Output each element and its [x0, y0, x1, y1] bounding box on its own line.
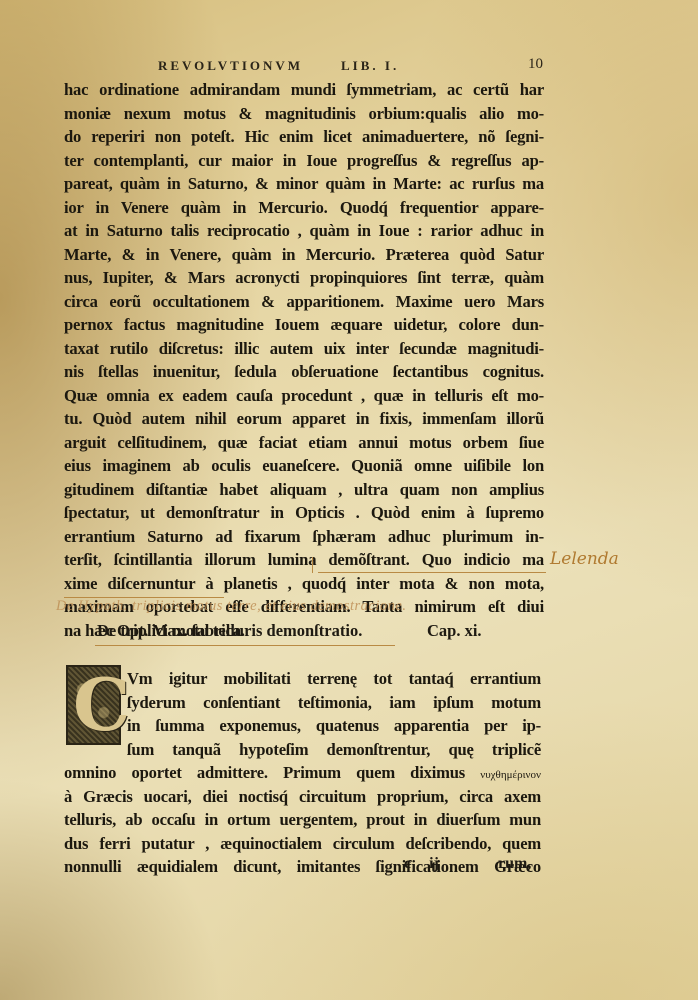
signature-numeral: ij: [429, 855, 439, 872]
chapter-heading: De triplici motu telluris demonſtratio. …: [97, 621, 517, 643]
running-head-book: LIB. I.: [341, 58, 399, 74]
text-line: pernox factus magnitudine Iouem æquare u…: [64, 313, 544, 337]
text-span: omnino oportet admittere. Primum quem di…: [64, 763, 480, 782]
text-line: ſyderum conſentiant teſtimonia, iam ipſu…: [127, 691, 541, 715]
signature-letter: c: [404, 855, 411, 872]
catchword: rum,: [498, 855, 531, 873]
initial-letter: C: [73, 665, 130, 745]
text-line: à Græcis uocari, diei noctisq́ circuitum…: [64, 785, 541, 809]
text-line: tu. Quòd autem nihil eorum apparet in fi…: [64, 407, 544, 431]
paragraph-2-indented: Vm igitur mobilitati terrenę tot tantaq́…: [127, 667, 541, 761]
text-line: ter contemplanti, cur maior in Ioue prog…: [64, 149, 544, 173]
text-line: circa eorũ occultationem & apparitionem.…: [64, 290, 544, 314]
text-line: moniæ nexum motus & magnitudinis orbium:…: [64, 102, 544, 126]
text-line: hac ordinatione admirandam mundi ſymmetr…: [64, 78, 544, 102]
greek-word: νυχθημέρινον: [480, 769, 541, 781]
text-line: telluris, ab occaſu in ortum uergentem, …: [64, 808, 541, 832]
manuscript-bracket: [312, 557, 313, 573]
marginal-note: Lelenda: [550, 549, 619, 569]
text-line: nus, Iupiter, & Mars acronycti propinqui…: [64, 266, 544, 290]
chapter-title: De triplici motu telluris demonſtratio.: [97, 621, 362, 641]
text-line: pareat, quàm in Saturno, & minor quàm in…: [64, 172, 544, 196]
text-line: do reperiri non poteſt. Hic enim licet a…: [64, 125, 544, 149]
text-line: nis ſtellas inuenitur, ſedula obſeruatio…: [64, 360, 544, 384]
text-line: Marte, & in Venere, quàm in Mercurio. Pr…: [64, 243, 544, 267]
handwritten-heading: De Hypoth. triplicis motus terre, et eiu…: [56, 598, 521, 615]
text-line: dus ferri putatur , æquinoctialem circul…: [64, 832, 541, 856]
text-line: at in Saturno talis reciprocatio , quàm …: [64, 219, 544, 243]
text-line: taxat rutilo diſcretus: illic autem uix …: [64, 337, 544, 361]
text-line: xime diſcernuntur à planetis , quodq́ in…: [64, 572, 544, 596]
running-head-title: REVOLVTIONVM: [158, 58, 303, 74]
text-line: errantium Saturno ad fixarum ſphæram adh…: [64, 525, 544, 549]
signature-mark: cij: [404, 855, 439, 873]
chapter-number: Cap. xi.: [427, 621, 482, 641]
text-line: Quæ omnia ex eadem cauſa procedunt , quæ…: [64, 384, 544, 408]
text-line: ſpectatur, ut demonſtratur in Opticis . …: [64, 501, 544, 525]
text-line: eius imaginem ab oculis euaneſcere. Quon…: [64, 454, 544, 478]
text-line: nonnulli æquidialem dicunt, imitantes ſi…: [64, 855, 541, 879]
text-line: ſum tanquã hypoteſim demonſtrentur, quę …: [127, 738, 541, 762]
text-line: Vm igitur mobilitati terrenę tot tantaq́…: [127, 667, 541, 691]
text-line: arguit celſitudinem, quæ faciat etiam an…: [64, 431, 544, 455]
folio-number: 10: [528, 56, 543, 73]
manuscript-underline: [318, 572, 546, 573]
text-line: terſit, ſcintillantia illorum lumina dem…: [64, 548, 544, 572]
book-page: REVOLVTIONVM LIB. I. 10 hac ordinatione …: [0, 0, 698, 1000]
paragraph-2-full: omnino oportet admittere. Primum quem di…: [64, 761, 541, 879]
text-line: ior in Venere quàm in Mercurio. Quodq́ f…: [64, 196, 544, 220]
text-line: gitudinem diſtantiæ habet aliquam , ultr…: [64, 478, 544, 502]
text-line: in ſumma exponemus, quatenus apparentia …: [127, 714, 541, 738]
decorated-initial: C: [66, 665, 121, 745]
manuscript-underline: [95, 645, 395, 646]
text-line: omnino oportet admittere. Primum quem di…: [64, 761, 541, 785]
paragraph-1: hac ordinatione admirandam mundi ſymmetr…: [64, 78, 544, 642]
